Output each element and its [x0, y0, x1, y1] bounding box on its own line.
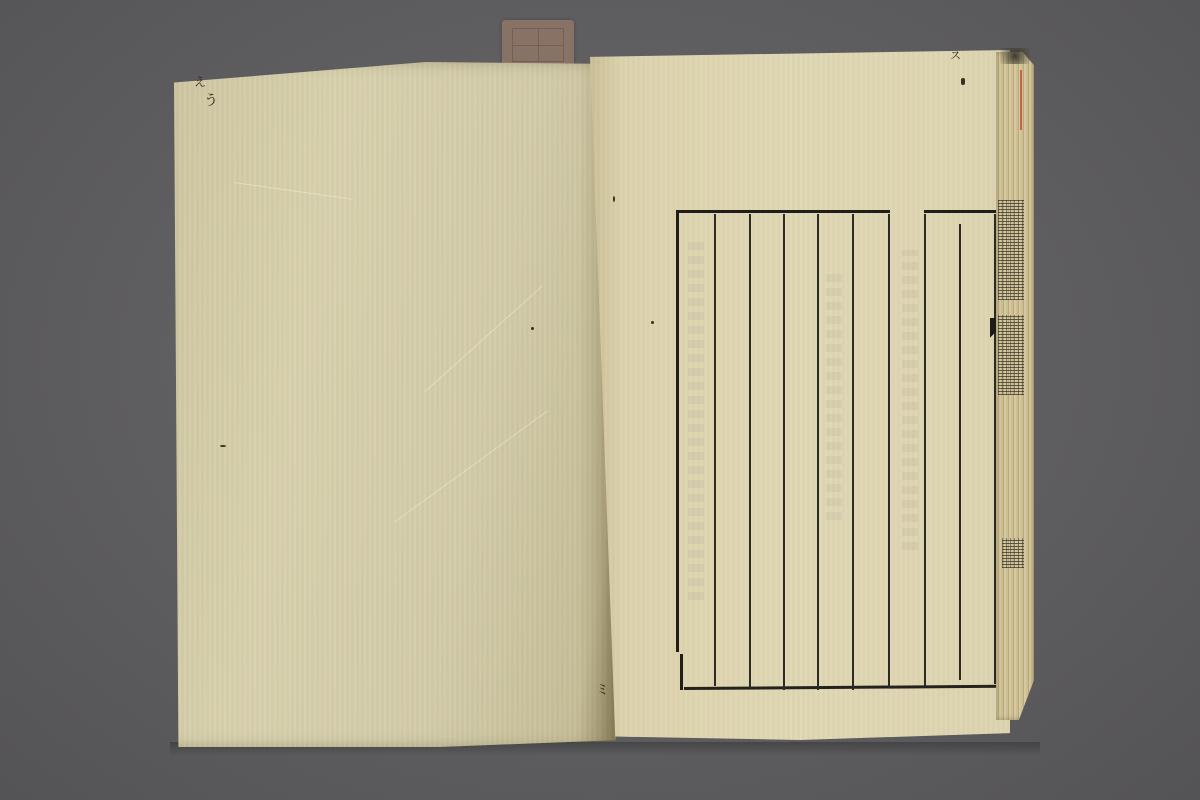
ink-speck [220, 445, 226, 447]
frame-left-rule [676, 210, 679, 652]
bleed-through-ink [1002, 538, 1024, 568]
bottom-ink-mark: ミ [596, 684, 609, 697]
ink-speck [651, 321, 654, 324]
frame-top-rule [676, 210, 890, 213]
frame-top-rule [924, 210, 1000, 213]
corner-ink-mark: え [194, 76, 206, 88]
paper-crease [394, 410, 548, 522]
corner-ink-mark: ス [950, 50, 961, 61]
printed-ruled-frame [676, 210, 1000, 690]
paper-crease [234, 182, 353, 200]
ink-speck [961, 78, 965, 85]
column-rule [888, 214, 890, 688]
ink-speck [613, 196, 615, 202]
bleed-through-ink [998, 315, 1024, 395]
column-rule [783, 214, 785, 690]
faded-text-column [688, 240, 704, 600]
seal-grid-icon [512, 28, 564, 62]
worn-corner [1000, 48, 1030, 64]
left-page [174, 62, 616, 747]
photo-scene: え う ミ ス 三 [0, 0, 1200, 800]
red-edge-stripe [1020, 70, 1022, 130]
bleed-through-ink [998, 200, 1024, 300]
column-rule [817, 214, 819, 690]
column-rule [924, 214, 926, 686]
paper-crease [424, 285, 544, 393]
frame-bottom-rule [684, 685, 1030, 690]
column-rule [749, 214, 751, 688]
faded-text-column [826, 270, 842, 520]
faded-text-column [902, 250, 918, 550]
column-rule [714, 214, 716, 686]
column-rule [959, 224, 961, 680]
column-rule [852, 214, 854, 690]
corner-ink-mark: う [204, 94, 218, 108]
ink-speck [531, 327, 534, 330]
frame-left-rule [680, 654, 683, 690]
